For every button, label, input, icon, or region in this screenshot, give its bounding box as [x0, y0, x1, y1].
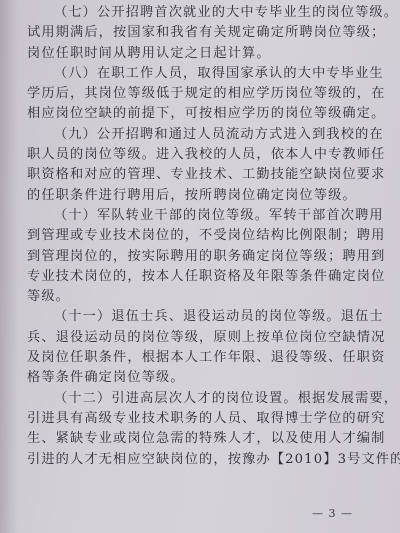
document-body: （七）公开招聘首次就业的大中专毕业生的岗位等级。 试用期满后，按国家和我省有关规… — [27, 3, 347, 470]
text-line: 格等条件确定岗位等级。 — [27, 368, 347, 388]
text-line: （七）公开招聘首次就业的大中专毕业生的岗位等级。 — [27, 3, 347, 23]
document-page: （七）公开招聘首次就业的大中专毕业生的岗位等级。 试用期满后，按国家和我省有关规… — [0, 0, 400, 533]
text-line: （十）军队转业干部的岗位等级。军转干部首次聘用 — [27, 206, 347, 226]
text-line: 专业技术岗位的，按本人任职资格及年限等条件确定岗位 — [27, 267, 347, 287]
text-line: （八）在职工作人员，取得国家承认的大中专毕业生 — [27, 64, 347, 84]
text-line: 等级。 — [27, 287, 347, 307]
text-line: 及岗位任职条件，根据本人工作年限、退役等级、任职资 — [27, 348, 347, 368]
page-number: — 3 — — [312, 507, 353, 520]
text-line: （十一）退伍士兵、退役运动员的岗位等级。退伍士 — [27, 307, 347, 327]
text-line: 相应岗位空缺的前提下，可按相应学历的岗位等级确定。 — [27, 104, 347, 124]
text-line: （十二）引进高层次人才的岗位设置。根据发展需要， — [27, 389, 347, 409]
text-line: 引进的人才无相应空缺岗位的，按豫办【2010】3号文件的 — [27, 450, 347, 470]
text-line: 兵、退役运动员的岗位等级，原则上按单位岗位空缺情况 — [27, 328, 347, 348]
text-line: 到管理岗位的，按实际聘用的职务确定岗位等级；聘用到 — [27, 247, 347, 267]
text-line: 职人员的岗位等级。进入我校的人员，依本人中专教师任 — [27, 145, 347, 165]
text-line: 到管理或专业技术岗位的，不受岗位结构比例限制；聘用 — [27, 226, 347, 246]
text-line: 的任职条件进行聘用后，按所聘岗位确定岗位等级。 — [27, 186, 347, 206]
text-line: （九）公开招聘和通过人员流动方式进入到我校的在 — [27, 125, 347, 145]
text-line: 岗位任职时间从聘用认定之日起计算。 — [27, 44, 347, 64]
text-line: 引进具有高级专业技术职务的人员、取得博士学位的研究 — [27, 409, 347, 429]
text-line: 职资格和对应的管理、专业技术、工勤技能空缺岗位要求 — [27, 165, 347, 185]
text-line: 生、紧缺专业或岗位急需的特殊人才，以及使用人才编制 — [27, 429, 347, 449]
text-line: 试用期满后，按国家和我省有关规定确定所聘岗位等级； — [27, 23, 347, 43]
page-shadow — [0, 0, 18, 533]
text-line: 学历后，其岗位等级低于规定的相应学历岗位等级的，在 — [27, 84, 347, 104]
